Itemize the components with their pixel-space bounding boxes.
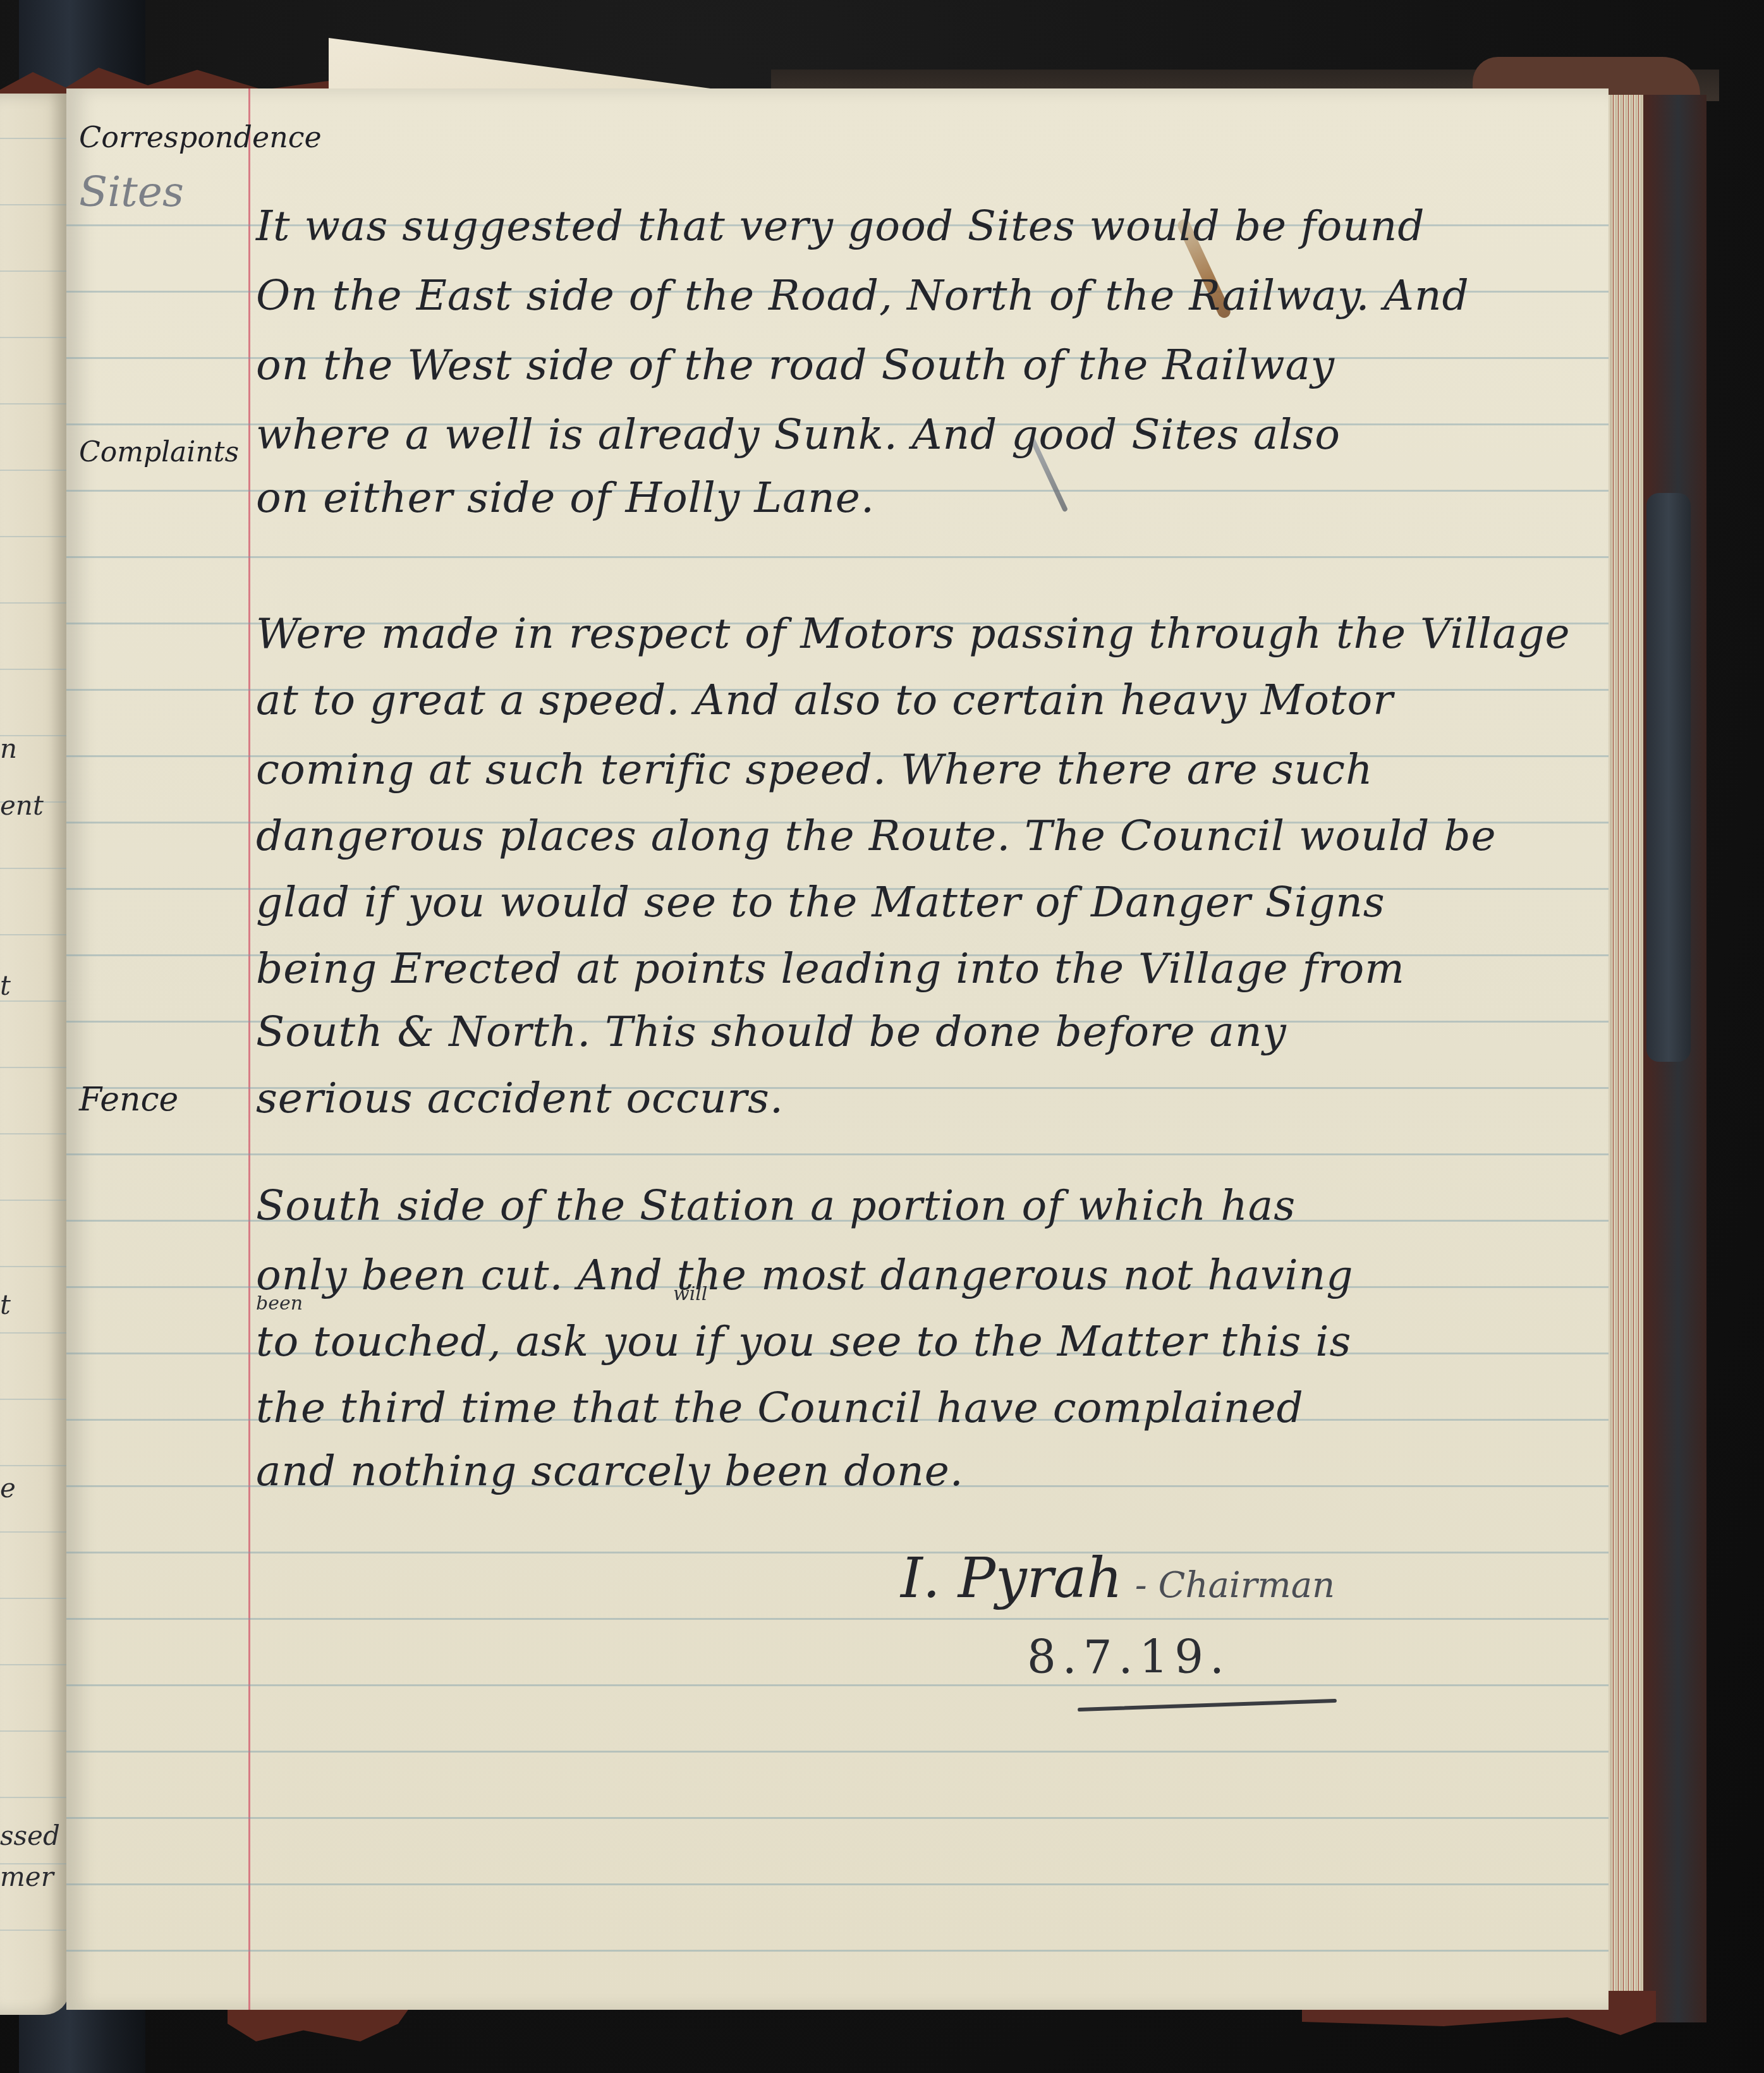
complaints-text-line: dangerous places along the Route. The Co… — [256, 815, 1496, 857]
ruled-line — [0, 1797, 70, 1798]
ruled-line — [66, 1751, 1609, 1753]
ruled-line — [0, 934, 70, 935]
ruled-line — [66, 1883, 1609, 1885]
ruled-line — [0, 403, 70, 404]
ruled-line — [0, 337, 70, 338]
ruled-line — [66, 556, 1609, 558]
ruled-line — [0, 602, 70, 604]
ruled-line — [66, 1817, 1609, 1819]
sites-text-line: On the East side of the Road, North of t… — [256, 275, 1469, 317]
sites-text-line: It was suggested that very good Sites wo… — [256, 205, 1425, 247]
margin-heading-complaints: Complaints — [79, 436, 239, 468]
ruled-line — [0, 204, 70, 205]
ruled-line — [0, 138, 70, 139]
complaints-text-line: glad if you would see to the Matter of D… — [256, 882, 1385, 923]
ruled-line — [0, 470, 70, 471]
handwritten-insertion: will — [673, 1283, 707, 1305]
ruled-line — [66, 1153, 1609, 1155]
ruled-line — [0, 868, 70, 869]
ruled-line — [0, 1598, 70, 1599]
ruled-line — [66, 1950, 1609, 1952]
left-page-text-fragment: ent — [0, 790, 44, 821]
handwritten-insertion: been — [256, 1292, 303, 1315]
margin-heading-correspondence: Correspondence — [79, 120, 322, 154]
ruled-line — [0, 1133, 70, 1134]
ruled-line — [0, 1664, 70, 1665]
complaints-text-line: Were made in respect of Motors passing t… — [256, 613, 1571, 655]
signature-name: I. Pyrah — [901, 1545, 1122, 1610]
ruled-line — [0, 536, 70, 537]
ruled-line — [66, 1684, 1609, 1686]
left-page-edge: nentttessedmer — [0, 94, 70, 2015]
signature-underline — [1078, 1699, 1337, 1711]
margin-heading-fence: Fence — [79, 1081, 178, 1119]
left-page-text-fragment: t — [0, 1289, 11, 1320]
complaints-text-line: being Erected at points leading into the… — [256, 948, 1405, 990]
left-page-text-fragment: n — [0, 733, 17, 764]
ruled-line — [0, 669, 70, 670]
cover-cloth-tear — [1646, 493, 1691, 1062]
fence-text-line: the third time that the Council have com… — [256, 1387, 1304, 1429]
margin-heading-sites: Sites — [79, 167, 184, 216]
signature-title: - Chairman — [1135, 1565, 1335, 1606]
ruled-line — [0, 1067, 70, 1068]
left-page-text-fragment: mer — [0, 1861, 54, 1892]
ruled-line — [0, 1465, 70, 1466]
fence-text-line: to touched, ask you if you see to the Ma… — [256, 1321, 1351, 1363]
signature-date: 8.7.19. — [1027, 1631, 1231, 1684]
complaints-text-line: at to great a speed. And also to certain… — [256, 679, 1394, 721]
sites-text-line: on either side of Holly Lane. — [256, 477, 875, 519]
ruled-line — [0, 271, 70, 272]
ruled-line — [0, 1200, 70, 1201]
ruled-line — [0, 1930, 70, 1931]
fence-text-line: only been cut. And the most dangerous no… — [256, 1255, 1353, 1296]
left-page-text-fragment: ssed — [0, 1820, 60, 1851]
fence-text-line: and nothing scarcely been done. — [256, 1450, 964, 1492]
left-page-text-fragment: e — [0, 1473, 16, 1504]
left-page-text-fragment: t — [0, 970, 11, 1001]
ruled-line — [66, 1552, 1609, 1553]
fence-text-line: South side of the Station a portion of w… — [256, 1185, 1296, 1227]
minute-book-page: CorrespondenceSitesComplaintsFence It wa… — [66, 88, 1609, 2010]
signature-block: I. Pyrah- Chairman — [901, 1545, 1335, 1610]
complaints-text-line: coming at such terific speed. Where ther… — [256, 749, 1373, 791]
ruled-line — [0, 1531, 70, 1533]
ruled-line — [0, 1332, 70, 1334]
ruled-line — [0, 1266, 70, 1267]
ruled-line — [0, 1730, 70, 1732]
complaints-text-line: serious accident occurs. — [256, 1078, 784, 1119]
ruled-line — [0, 1399, 70, 1400]
red-margin-line — [248, 88, 250, 2010]
sites-text-line: where a well is already Sunk. And good S… — [256, 414, 1341, 456]
complaints-text-line: South & North. This should be done befor… — [256, 1011, 1287, 1053]
sites-text-line: on the West side of the road South of th… — [256, 344, 1335, 386]
ruled-line — [66, 1618, 1609, 1620]
page-stack-fore-edge — [1609, 95, 1643, 2003]
